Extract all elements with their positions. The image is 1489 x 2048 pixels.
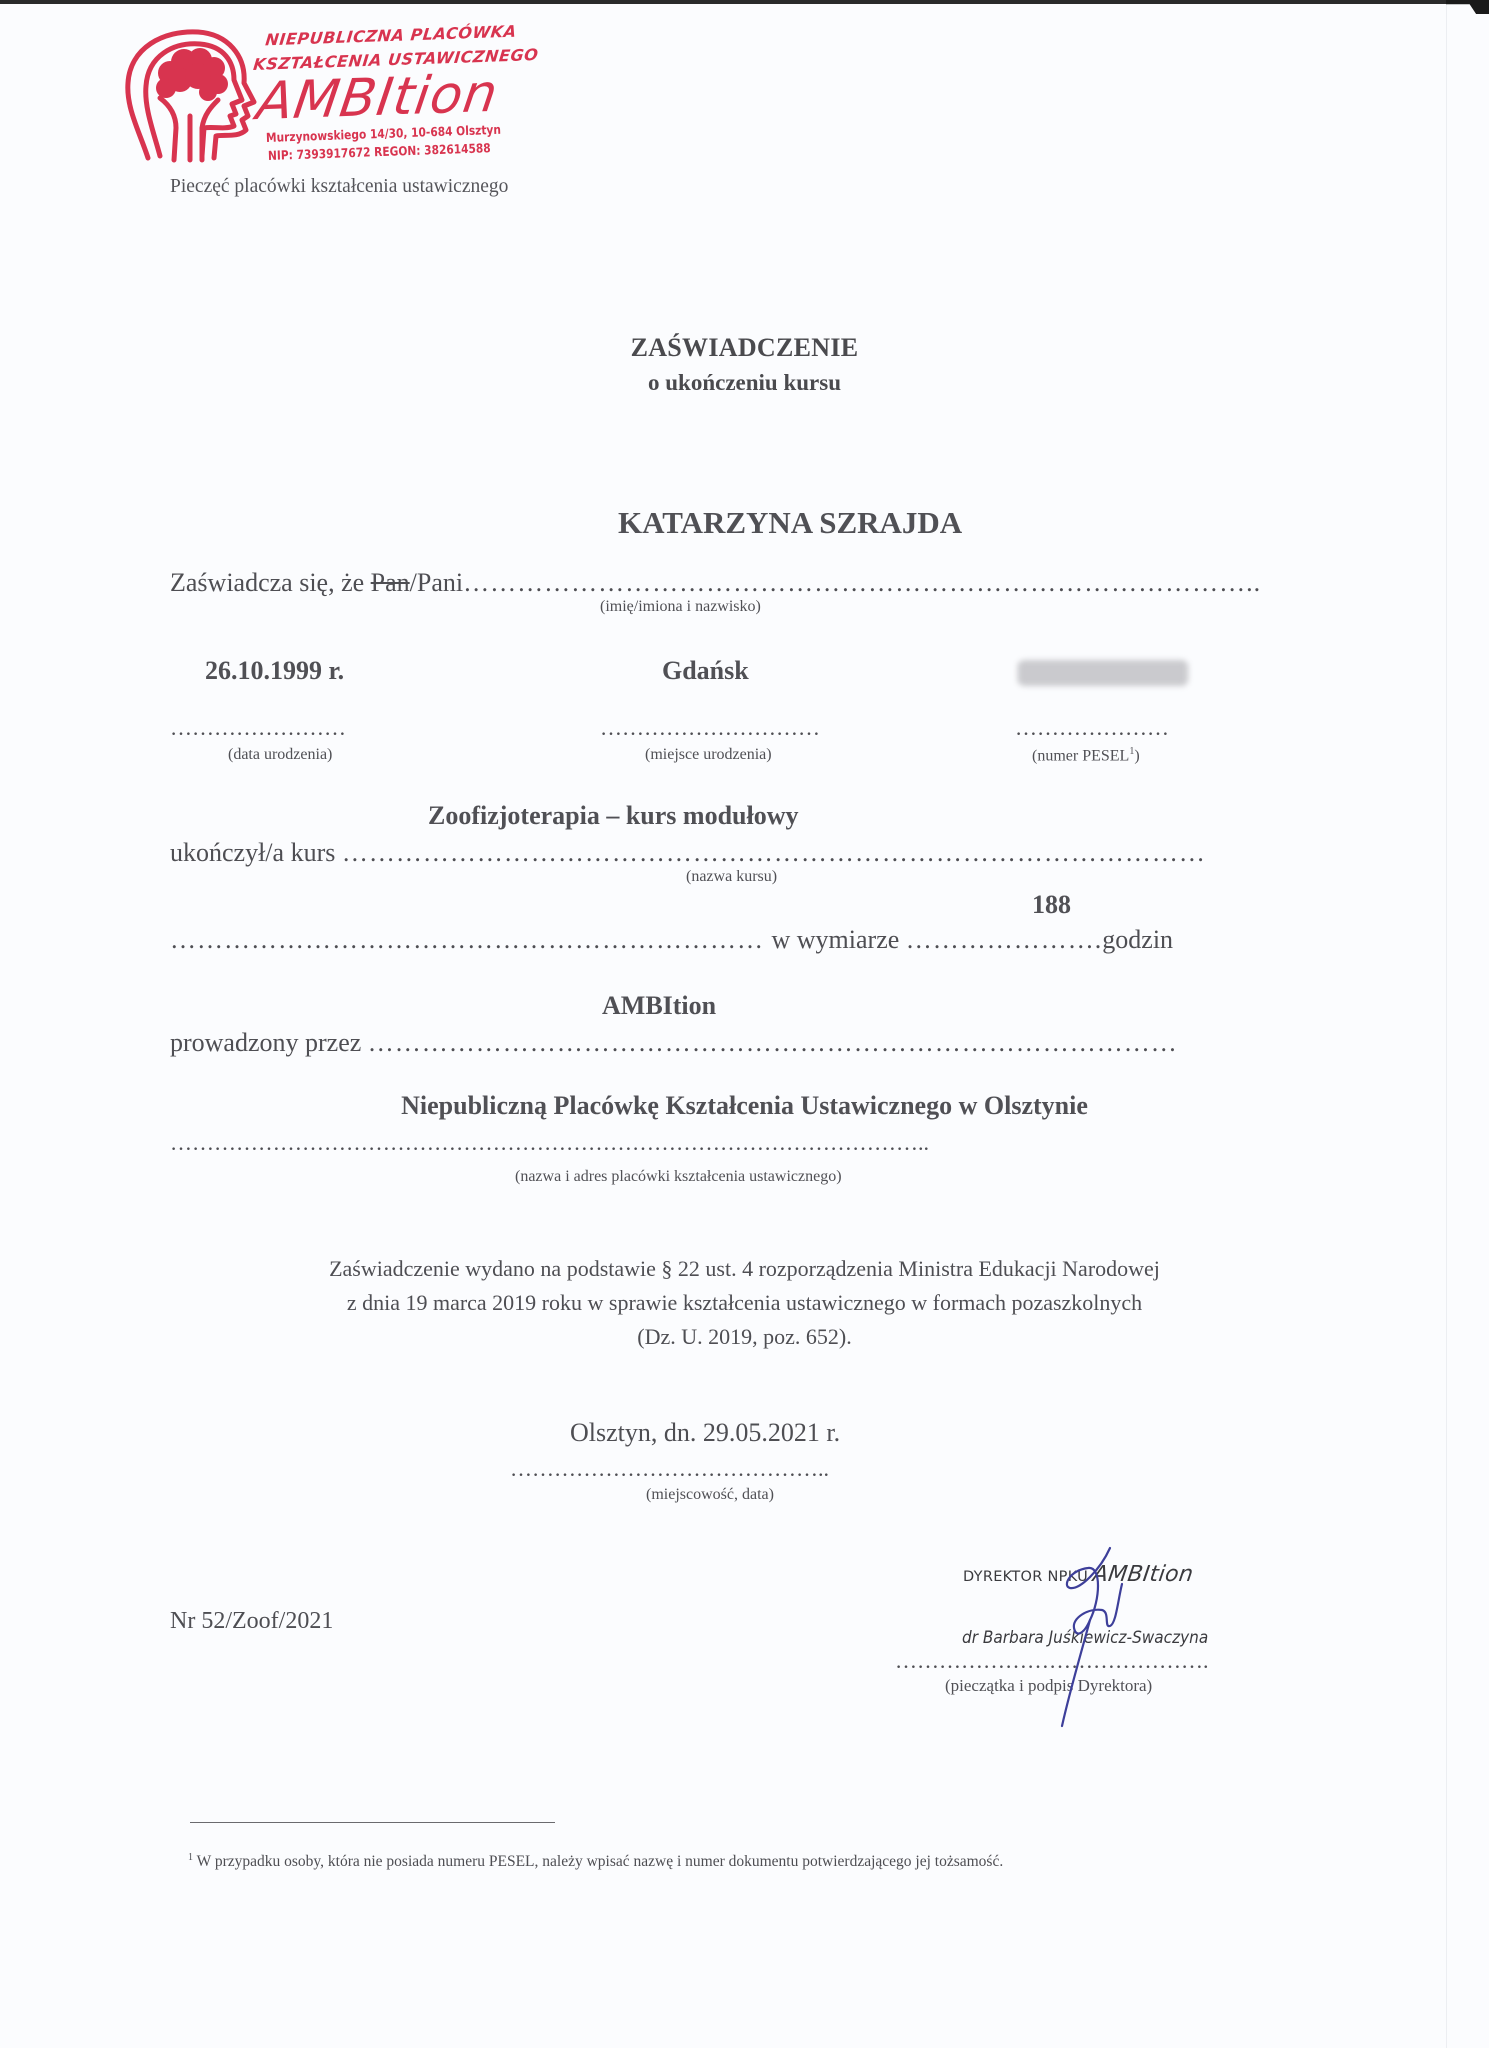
course-dots: …………………………………………………………………………………… [342,838,1206,867]
document-subtitle: o ukończeniu kursu [0,370,1489,396]
hours-prefix: w wymiarze [772,925,906,954]
pesel-redacted [1018,660,1188,686]
stamp-brand: AMBItion [253,64,502,132]
pesel-label: (numer PESEL1) [1032,746,1140,765]
issue-label: (miejscowość, data) [646,1486,774,1504]
institution-label: (nazwa i adres placówki kształcenia usta… [515,1168,842,1186]
issue-place-date: Olsztyn, dn. 29.05.2021 r. [570,1418,840,1448]
organizer-name: AMBItion [602,991,716,1021]
birth-place-dots: ………………………… [600,715,820,741]
person-prefix: Zaświadcza się, że [170,568,371,597]
legal-line-3: (Dz. U. 2019, poz. 652). [0,1320,1489,1354]
hours-dots: …………………. [906,925,1103,954]
signature-icon [1040,1540,1160,1730]
institution-stamp: NIEPUBLICZNA PLACÓWKA KSZTAŁCENIA USTAWI… [118,18,518,168]
certificate-number: Nr 52/Zoof/2021 [170,1608,333,1635]
institution-name: Niepubliczną Placówkę Kształcenia Ustawi… [0,1091,1489,1121]
course-label: (nazwa kursu) [686,868,777,886]
organizer-dots: ……………………………………………………………………………… [368,1028,1178,1057]
struck-pan: Pan [371,568,410,597]
stamp-caption: Pieczęć placówki kształcenia ustawiczneg… [170,176,508,198]
course-name: Zoofizjoterapia – kurs modułowy [428,801,799,831]
birth-place-label: (miejsce urodzenia) [645,746,772,764]
birth-place: Gdańsk [662,656,749,686]
person-line: Zaświadcza się, że Pan/Pani…………………………………… [170,568,1261,598]
name-dots: …………………………………………………………………………….. [463,568,1261,597]
pani: /Pani [410,568,463,597]
legal-basis: Zaświadczenie wydano na podstawie § 22 u… [0,1252,1489,1354]
course-line: ukończył/a kurs ………………………………………………………………… [170,838,1206,868]
issue-dots: …………………………………….. [510,1456,829,1482]
birth-date-label: (data urodzenia) [228,746,332,764]
hours-left-dots: ………………………………………………………… [170,925,772,954]
hours-line: ………………………………………………………… w wymiarze ………………… [170,925,1173,955]
scan-right-edge [1446,0,1447,2048]
footnote: 1 W przypadku osoby, która nie posiada n… [188,1852,1003,1871]
scan-corner [1446,0,1489,14]
name-label: (imię/imiona i nazwisko) [600,598,761,616]
course-hours: 188 [1032,890,1071,920]
pesel-dots: ………………… [1015,715,1169,741]
organizer-prefix: prowadzony przez [170,1028,368,1057]
legal-line-1: Zaświadczenie wydano na podstawie § 22 u… [0,1252,1489,1286]
footnote-text: W przypadku osoby, która nie posiada num… [193,1853,1003,1870]
footnote-rule [190,1822,555,1823]
document-title: ZAŚWIADCZENIE [0,333,1489,363]
course-prefix: ukończył/a kurs [170,838,342,867]
institution-dots: ………………………………………………………………………………………….. [170,1130,929,1156]
birth-date: 26.10.1999 r. [205,656,344,686]
stamp-line-1: NIEPUBLICZNA PLACÓWKA [264,22,517,50]
legal-line-2: z dnia 19 marca 2019 roku w sprawie kszt… [0,1286,1489,1320]
organizer-line: prowadzony przez ……………………………………………………………… [170,1028,1178,1058]
person-name: KATARZYNA SZRAJDA [618,505,962,541]
birth-date-dots: …………………… [170,715,346,741]
head-brain-tree-icon [118,28,258,168]
scan-top-border [0,0,1489,4]
hours-suffix: godzin [1102,925,1173,954]
